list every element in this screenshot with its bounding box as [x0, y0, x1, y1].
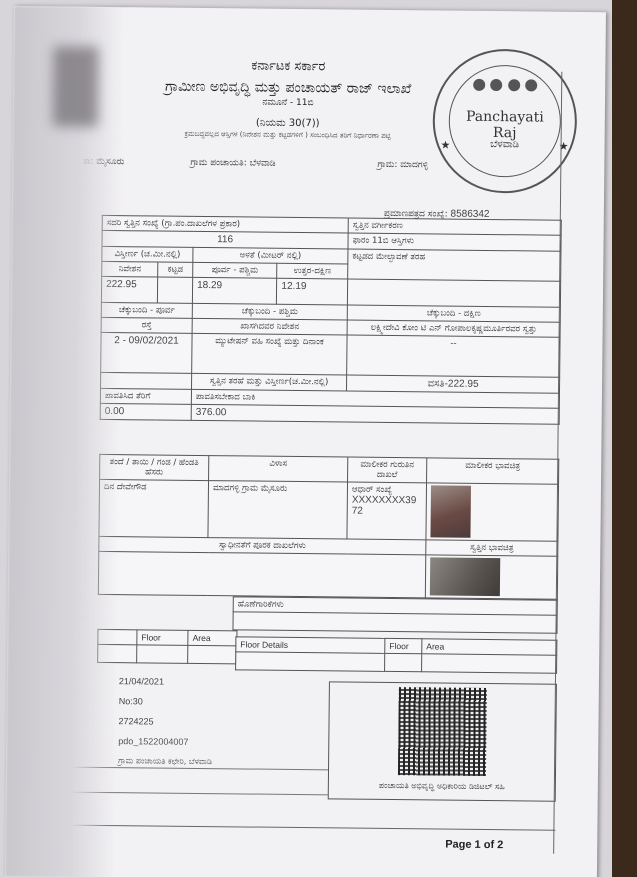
footer-date: 21/04/2021: [119, 671, 213, 692]
liabilities-value: [233, 612, 557, 633]
floor-details-label: Floor Details: [236, 637, 385, 654]
property-photo-label: ಸ್ವತ್ತಿನ ಭಾವಚಿತ್ರ: [426, 540, 558, 556]
signature-box: ಪಂಚಾಯತಿ ಅಭಿವೃದ್ಧಿ ಅಧಿಕಾರಿಯ ಡಿಜಿಟಲ್ ಸಹಿ: [328, 681, 557, 801]
tax-due: 376.00: [191, 404, 559, 424]
page-number: Page 1 of 2: [445, 839, 503, 852]
dimension-label: ಅಳತೆ (ಮೀಟರ್ ನಲ್ಲಿ): [193, 247, 348, 264]
property-table: ಸದರಿ ಸ್ವತ್ತಿನ ಸಂಖ್ಯೆ (ಗ್ರಾ.ಪಂ.ದಾಖಲೆಗಳ ಪ್…: [100, 215, 562, 425]
building-usage-label: ಕಟ್ಟಡದ ಮೇಲ್ಛಾವಣೆ ತರಹ: [348, 249, 561, 281]
footer-user: pdo_1522004007: [118, 731, 212, 752]
liabilities-table: ಹೊಣೆಗಾರಿಕೆಗಳು: [232, 596, 557, 633]
mutation-label: ಮ್ಯುಟೇಷನ್ ವಹಿ ಸಂಖ್ಯೆ ಮತ್ತು ದಿನಾಂಕ: [192, 333, 347, 375]
seal-location: ಬೆಳವಾಡಿ: [435, 138, 575, 150]
building-area: [158, 277, 193, 303]
owner-address-label: ವಿಳಾಸ: [209, 456, 348, 482]
east-west-label: ಪೂರ್ವ - ಪಶ್ಚಿಮ: [193, 262, 278, 278]
property-photo-cell: [425, 555, 557, 599]
qr-code: [398, 687, 487, 776]
footer-details: 21/04/2021 No:30 2724225 pdo_1522004007 …: [118, 671, 213, 772]
building-usage-value: [347, 279, 560, 307]
empty-cell: [137, 645, 188, 664]
owner-address: ಮಾದಗಳ್ಳಿ ಗ್ರಾಮ ಮೈಸೂರು: [208, 481, 348, 539]
rule-number: (ನಿಯಮ 30(7)): [113, 116, 463, 131]
floor-label: Floor: [137, 630, 188, 646]
document-header: ಕರ್ನಾಟಕ ಸರ್ಕಾರ ಗ್ರಾಮೀಣ ಅಭಿವೃದ್ಧಿ ಮತ್ತು ಪ…: [113, 47, 464, 142]
document-subtitle: ಕ್ರಮಬದ್ಧವಲ್ಲದ ಆಸ್ತಿಗಳ (ನಿವೇಶನ ಮತ್ತು ಕಟ್ಟ…: [113, 129, 463, 142]
floor-label: Floor: [385, 638, 422, 653]
owner-photo-cell: [426, 483, 559, 541]
seal-emblem-icon: [470, 79, 540, 100]
department-title: ಗ್ರಾಮೀಣ ಅಭಿವೃದ್ಧಿ ಮತ್ತು ಪಂಚಾಯತ್ ರಾಜ್ ಇಲಾ…: [113, 78, 463, 98]
gram-panchayat: ಗ್ರಾಮ ಪಂಚಾಯತಿ: ಬೆಳವಾಡಿ: [190, 158, 275, 169]
seal-title: Panchayati Raj: [453, 109, 557, 142]
property-type-label: ಸ್ವತ್ತಿನ ತರಹೆ ಮತ್ತು ವಿಸ್ತೀರ್ಣ(ಚ.ಮೀ.ನಲ್ಲಿ…: [192, 373, 347, 391]
floor-table-left: Floor Area: [97, 629, 237, 664]
east-west-value: 18.29: [192, 277, 277, 304]
building-label: ಕಟ್ಟಡ: [158, 262, 193, 277]
boundary-west: ಖಾಸಗಿದವರ ನಿವೇಶನ: [192, 318, 347, 335]
boundary-south-extra: --: [347, 335, 560, 377]
document-page: ಕರ್ನಾಟಕ ಸರ್ಕಾರ ಗ್ರಾಮೀಣ ಅಭಿವೃದ್ಧಿ ಮತ್ತು ಪ…: [5, 6, 606, 877]
form-number: ನಮೂನೆ - 11ಬಿ: [113, 96, 463, 110]
north-south-label: ಉತ್ತರ-ದಕ್ಷಿಣ: [277, 263, 348, 279]
boundary-west-label: ಚೆಕ್ಕುಬಂದಿ - ಪಶ್ಚಿಮ: [192, 303, 347, 320]
panchayat-seal: Panchayati Raj ★ ★ ಬೆಳವಾಡಿ: [432, 48, 578, 194]
empty-cell: [188, 645, 237, 664]
ownership-docs: [98, 551, 425, 597]
footer-no: No:30: [119, 691, 213, 712]
owner-id-label: ಮಾಲೀಕರ ಗುರುತಿನ ದಾಖಲೆ: [348, 457, 427, 483]
owner-id-number: XXXXXXXX3972: [352, 495, 422, 518]
footer-ref: 2724225: [118, 711, 212, 732]
bottom-border: [65, 825, 555, 831]
floor-table-right: Floor Details Floor Area: [235, 636, 557, 673]
empty-cell: [236, 652, 385, 672]
north-south-value: 12.19: [277, 278, 348, 305]
government-title: ಕರ್ನಾಟಕ ಸರ್ಕಾರ: [113, 57, 463, 76]
empty-cell: [422, 654, 557, 673]
blurred-photo: [53, 46, 99, 126]
village: ಗ್ರಾಮ: ಮಾದಗಳ್ಳಿ: [377, 160, 428, 171]
owner-table: ತಂದೆ / ತಾಯಿ / ಗಂಡ / ಹೆಂಡತಿ ಹೆಸರು ವಿಳಾಸ ಮ…: [98, 454, 559, 600]
empty-cell: [385, 653, 422, 671]
area-label: Area: [188, 630, 237, 646]
owner-id: ಆಧಾರ್ ಸಂಖ್ಯೆ XXXXXXXX3972: [347, 482, 427, 540]
property-photo: [430, 557, 500, 596]
blurred-left-margin: [5, 6, 124, 877]
signature-label: ಪಂಚಾಯತಿ ಅಭಿವೃದ್ಧಿ ಅಧಿಕಾರಿಯ ಡಿಜಿಟಲ್ ಸಹಿ: [329, 780, 555, 792]
area-label: Area: [422, 639, 557, 655]
owner-photo: [430, 485, 471, 537]
owner-photo-label: ಮಾಲೀಕರ ಭಾವಚಿತ್ರ: [427, 458, 559, 484]
